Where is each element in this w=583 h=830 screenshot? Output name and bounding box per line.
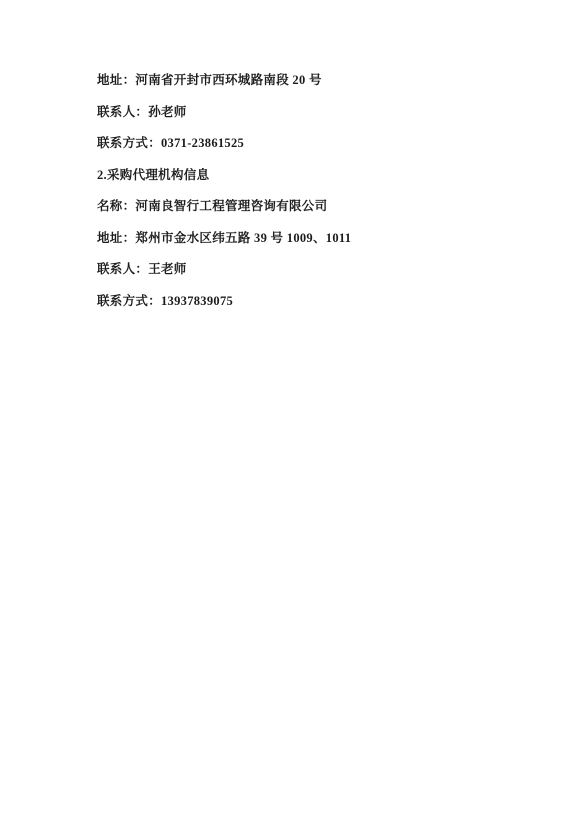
agency-section-heading: 2.采购代理机构信息	[97, 169, 543, 182]
agency-address-line: 地址：郑州市金水区纬五路 39 号 1009、1011	[97, 232, 543, 245]
agency-contact-person-line: 联系人：王老师	[97, 263, 543, 276]
document-page: 地址：河南省开封市西环城路南段 20 号 联系人：孙老师 联系方式：0371-2…	[0, 0, 583, 830]
agency-name-line: 名称：河南良智行工程管理咨询有限公司	[97, 200, 543, 213]
document-text-block: 地址：河南省开封市西环城路南段 20 号 联系人：孙老师 联系方式：0371-2…	[97, 74, 543, 326]
agency-contact-phone-line: 联系方式：13937839075	[97, 295, 543, 308]
purchaser-address-line: 地址：河南省开封市西环城路南段 20 号	[97, 74, 543, 87]
purchaser-contact-person-line: 联系人：孙老师	[97, 106, 543, 119]
purchaser-contact-phone-line: 联系方式：0371-23861525	[97, 137, 543, 150]
